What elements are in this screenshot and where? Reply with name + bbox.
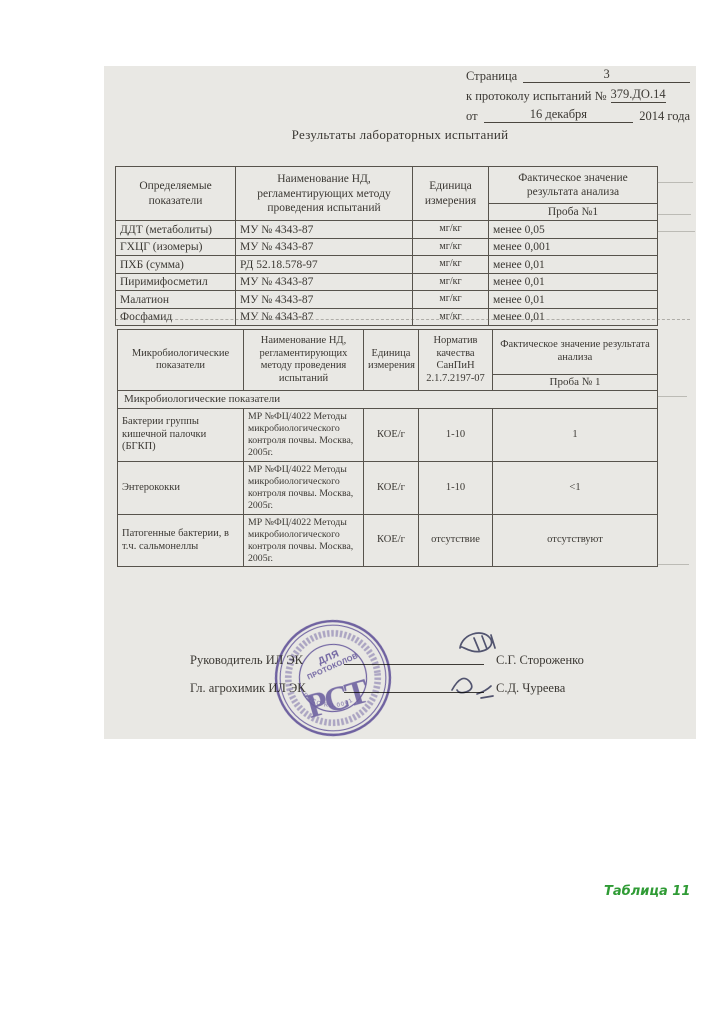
protocol-date-line: от 16 декабря 2014 года [466,108,690,123]
indicator-cell: ДДТ (метаболиты) [116,221,236,239]
method-cell: МР №ФЦ/4022 Методы микробиологического к… [244,409,364,462]
column-header-result: Фактическое значение результата анализа [493,330,658,375]
value-cell: 1 [493,409,658,462]
pesticide-results-table: Определяемые показатели Наименование НД,… [115,166,658,326]
date-prefix: от [466,110,478,123]
method-cell: МР №ФЦ/4022 Методы микробиологического к… [244,461,364,514]
table-row: Бактерии группы кишечной палочки (БГКП)М… [118,409,658,462]
table-row: ФосфамидМУ № 4343-87мг/кгменее 0,01 [116,308,658,326]
column-header-sample: Проба № 1 [493,375,658,391]
unit-cell: мг/кг [413,273,489,291]
protocol-number-line: к протоколу испытаний № 379.ДО.14 [466,88,690,103]
scan-artifact [657,231,695,232]
indicator-cell: Малатион [116,291,236,309]
indicator-cell: Бактерии группы кишечной палочки (БГКП) [118,409,244,462]
column-header-sample: Проба №1 [489,204,658,221]
scan-artifact [657,396,687,397]
method-cell: РД 52.18.578-97 [236,256,413,274]
table-row: ЭнтерококкиМР №ФЦ/4022 Методы микробиоло… [118,461,658,514]
column-header-unit: Единица измерения [413,167,489,221]
document-title: Результаты лабораторных испытаний [104,127,696,143]
page-number: 3 [523,68,690,83]
unit-cell: мг/кг [413,256,489,274]
column-header-norm: Норматив качества СанПиН 2.1.7.2197-07 [419,330,493,391]
indicator-cell: Фосфамид [116,308,236,326]
value-cell: отсутствуют [493,514,658,567]
value-cell: менее 0,05 [489,221,658,239]
protocol-prefix: к протоколу испытаний № [466,90,607,103]
norm-cell: 1-10 [419,461,493,514]
scan-artifact [115,319,690,320]
value-cell: менее 0,01 [489,256,658,274]
date-suffix: 2014 года [639,110,690,123]
microbiology-results-table: Микробиологические показатели Наименован… [117,329,658,567]
section-row: Микробиологические показатели [118,391,658,409]
unit-cell: КОЕ/г [364,461,419,514]
indicator-cell: ГХЦГ (изомеры) [116,238,236,256]
scanned-document: Страница 3 к протоколу испытаний № 379.Д… [104,66,696,739]
table-caption: Таблица 11 [604,884,690,899]
method-cell: МУ № 4343-87 [236,308,413,326]
scan-artifact [657,214,691,215]
scan-artifact [657,564,689,565]
protocol-number: 379.ДО.14 [611,88,666,103]
unit-cell: КОЕ/г [364,409,419,462]
signature-squiggle-1 [460,633,495,652]
signature-squiggle-2 [452,678,493,698]
norm-cell: отсутствие [419,514,493,567]
norm-cell: 1-10 [419,409,493,462]
page-label: Страница [466,70,517,83]
table-row: МалатионМУ № 4343-87мг/кгменее 0,01 [116,291,658,309]
value-cell: менее 0,01 [489,273,658,291]
pesticide-table-header: Определяемые показатели Наименование НД,… [116,167,658,221]
indicator-cell: ПХБ (сумма) [116,256,236,274]
column-header-unit: Единица измерения [364,330,419,391]
unit-cell: мг/кг [413,308,489,326]
table-row: ГХЦГ (изомеры)МУ № 4343-87мг/кгменее 0,0… [116,238,658,256]
column-header-method: Наименование НД, регламентирующих методу… [244,330,364,391]
pesticide-table-body: ДДТ (метаболиты)МУ № 4343-87мг/кгменее 0… [116,221,658,326]
indicator-cell: Патогенные бактерии, в т.ч. сальмонеллы [118,514,244,567]
microbiology-table-header: Микробиологические показатели Наименован… [118,330,658,391]
unit-cell: мг/кг [413,238,489,256]
value-cell: менее 0,001 [489,238,658,256]
value-cell: менее 0,01 [489,291,658,309]
table-row: ПХБ (сумма)РД 52.18.578-97мг/кгменее 0,0… [116,256,658,274]
indicator-cell: Энтерококки [118,461,244,514]
round-stamp: РОСС RU.0001 ДЛЯ ПРОТОКОЛОВ РСТ [266,611,400,745]
method-cell: МУ № 4343-87 [236,273,413,291]
table-row: ДДТ (метаболиты)МУ № 4343-87мг/кгменее 0… [116,221,658,239]
table-row: Патогенные бактерии, в т.ч. сальмонеллыМ… [118,514,658,567]
section-header: Микробиологические показатели [118,391,658,409]
column-header-indicators: Определяемые показатели [116,167,236,221]
method-cell: МУ № 4343-87 [236,291,413,309]
method-cell: МУ № 4343-87 [236,238,413,256]
unit-cell: мг/кг [413,221,489,239]
column-header-method: Наименование НД, регламентирующих методу… [236,167,413,221]
date-value: 16 декабря [484,108,634,123]
unit-cell: мг/кг [413,291,489,309]
handwritten-signatures [422,618,552,718]
value-cell: менее 0,01 [489,308,658,326]
value-cell: <1 [493,461,658,514]
unit-cell: КОЕ/г [364,514,419,567]
page-number-line: Страница 3 [466,68,690,83]
column-header-indicators: Микробиологические показатели [118,330,244,391]
protocol-header: Страница 3 к протоколу испытаний № 379.Д… [466,68,690,128]
scan-artifact [657,182,693,183]
page: Страница 3 к протоколу испытаний № 379.Д… [0,0,724,1024]
microbiology-table-body: Микробиологические показатели Бактерии г… [118,391,658,567]
method-cell: МУ № 4343-87 [236,221,413,239]
indicator-cell: Пиримифосметил [116,273,236,291]
column-header-result: Фактическое значение результата анализа [489,167,658,204]
method-cell: МР №ФЦ/4022 Методы микробиологического к… [244,514,364,567]
table-row: ПиримифосметилМУ № 4343-87мг/кгменее 0,0… [116,273,658,291]
